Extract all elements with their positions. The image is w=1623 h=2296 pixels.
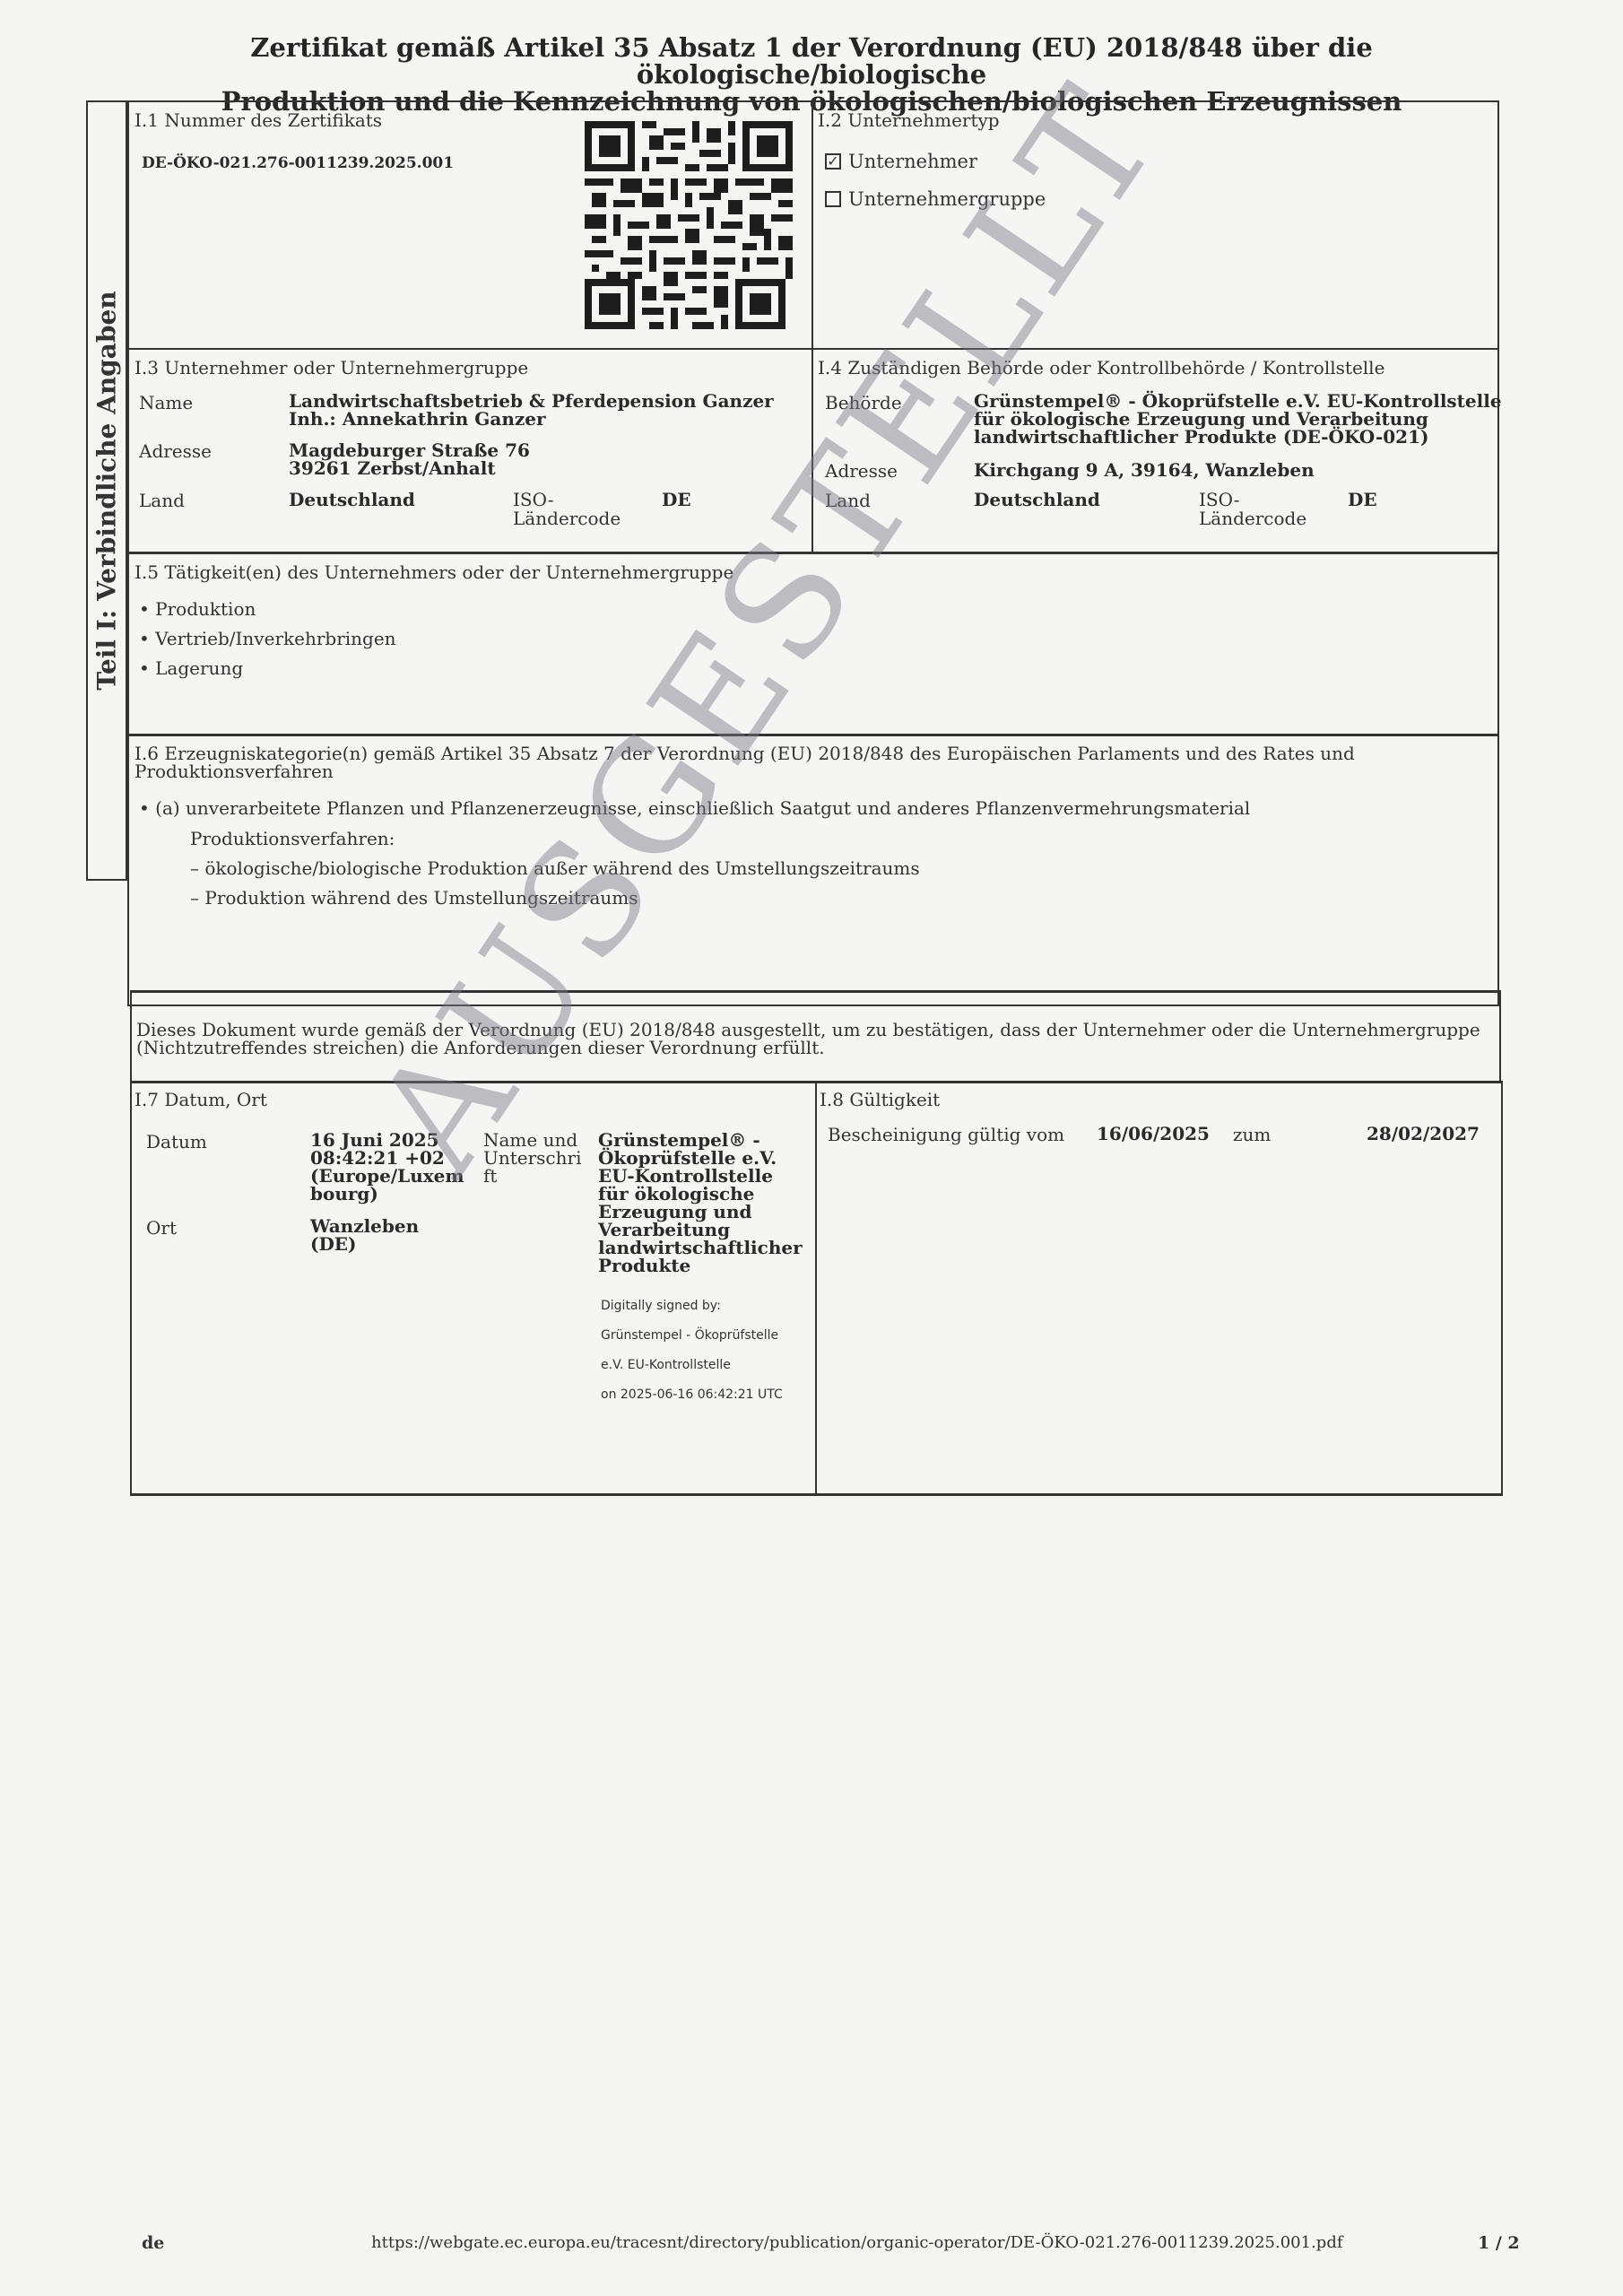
option-label: Unternehmergruppe xyxy=(848,188,1046,210)
side-label-text: Teil I: Verbindliche Angaben xyxy=(92,291,122,690)
valid-from-date: 16/06/2025 xyxy=(1097,1125,1210,1143)
authority-iso-label: ISO- Ländercode xyxy=(1199,491,1306,528)
valid-to-label: zum xyxy=(1233,1124,1271,1145)
authority-address: Kirchgang 9 A, 39164, Wanzleben xyxy=(974,461,1315,479)
valid-to-date: 28/02/2027 xyxy=(1367,1125,1480,1143)
activity-item: • Lagerung xyxy=(139,654,396,683)
authority-country: Deutschland xyxy=(974,491,1100,509)
operator-name: Landwirtschaftsbetrieb & Pferdepension G… xyxy=(289,392,774,428)
activity-item: • Produktion xyxy=(139,595,396,624)
operator-country-label: Land xyxy=(139,490,185,511)
production-method-item: – Produktion während des Umstellungszeit… xyxy=(190,889,638,907)
section-1-1-label: I.1 Nummer des Zertifikats xyxy=(135,109,382,131)
section-1-5-label: I.5 Tätigkeit(en) des Unternehmers oder … xyxy=(135,561,733,583)
divider xyxy=(127,552,1499,554)
operator-address: Magdeburger Straße 76 39261 Zerbst/Anhal… xyxy=(289,441,530,477)
section-1-8-label: I.8 Gültigkeit xyxy=(820,1089,940,1110)
part-one-side-label: Teil I: Verbindliche Angaben xyxy=(86,100,127,881)
operator-iso-label: ISO- Ländercode xyxy=(513,491,621,528)
valid-from-label: Bescheinigung gültig vom xyxy=(828,1124,1064,1145)
authority-country-label: Land xyxy=(825,490,871,511)
product-category: • (a) unverarbeitete Pflanzen und Pflanz… xyxy=(139,799,1250,817)
qr-code-icon xyxy=(585,121,793,329)
divider xyxy=(127,734,1499,736)
signature-label: Name und Unterschri ft xyxy=(483,1131,581,1185)
section-1-6-label: I.6 Erzeugniskategorie(n) gemäß Artikel … xyxy=(135,744,1355,780)
divider xyxy=(815,1081,817,1496)
footer-url[interactable]: https://webgate.ec.europa.eu/tracesnt/di… xyxy=(371,2233,1343,2252)
footer-language: de xyxy=(142,2233,164,2253)
operator-type-option-group[interactable]: Unternehmergruppe xyxy=(825,188,1046,210)
production-method-item: – ökologische/biologische Produktion auß… xyxy=(190,859,920,877)
section-1-7-label: I.7 Datum, Ort xyxy=(135,1089,267,1110)
title-line-1: Zertifikat gemäß Artikel 35 Absatz 1 der… xyxy=(72,34,1551,88)
issue-place: Wanzleben (DE) xyxy=(310,1217,419,1253)
production-methods-heading: Produktionsverfahren: xyxy=(190,830,395,848)
footer-page-number: 1 / 2 xyxy=(1478,2233,1520,2253)
divider xyxy=(811,100,813,553)
divider xyxy=(127,348,1499,350)
option-label: Unternehmer xyxy=(848,151,977,172)
authority-label: Behörde xyxy=(825,392,902,413)
activities-list: • Produktion • Vertrieb/Inverkehrbringen… xyxy=(139,595,396,683)
activity-item: • Vertrieb/Inverkehrbringen xyxy=(139,624,396,654)
checkbox-checked-icon[interactable]: ✓ xyxy=(825,153,841,170)
authority-iso-code: DE xyxy=(1348,491,1377,509)
section-1-3-label: I.3 Unternehmer oder Unternehmergruppe xyxy=(135,357,528,378)
issue-date: 16 Juni 2025 08:42:21 +02 (Europe/Luxem … xyxy=(310,1131,464,1203)
signer-name: Grünstempel® - Ökoprüfstelle e.V. EU-Kon… xyxy=(598,1131,803,1274)
certificate-number: DE-ÖKO-021.276-0011239.2025.001 xyxy=(142,154,454,172)
operator-iso-code: DE xyxy=(662,491,691,509)
authority-name: Grünstempel® - Ökoprüfstelle e.V. EU-Kon… xyxy=(974,392,1502,446)
operator-type-option-operator[interactable]: ✓ Unternehmer xyxy=(825,151,977,172)
operator-country: Deutschland xyxy=(289,491,415,509)
compliance-statement: Dieses Dokument wurde gemäß der Verordnu… xyxy=(136,1021,1480,1057)
operator-name-label: Name xyxy=(139,392,193,413)
digital-signature: Digitally signed by: Grünstempel - Ökopr… xyxy=(601,1291,783,1410)
authority-address-label: Adresse xyxy=(825,460,898,482)
date-label: Datum xyxy=(146,1131,207,1152)
place-label: Ort xyxy=(146,1217,177,1239)
checkbox-unchecked-icon[interactable] xyxy=(825,191,841,207)
section-1-4-label: I.4 Zuständigen Behörde oder Kontrollbeh… xyxy=(818,357,1384,378)
section-1-2-label: I.2 Unternehmertyp xyxy=(818,109,1000,131)
operator-address-label: Adresse xyxy=(139,440,212,462)
